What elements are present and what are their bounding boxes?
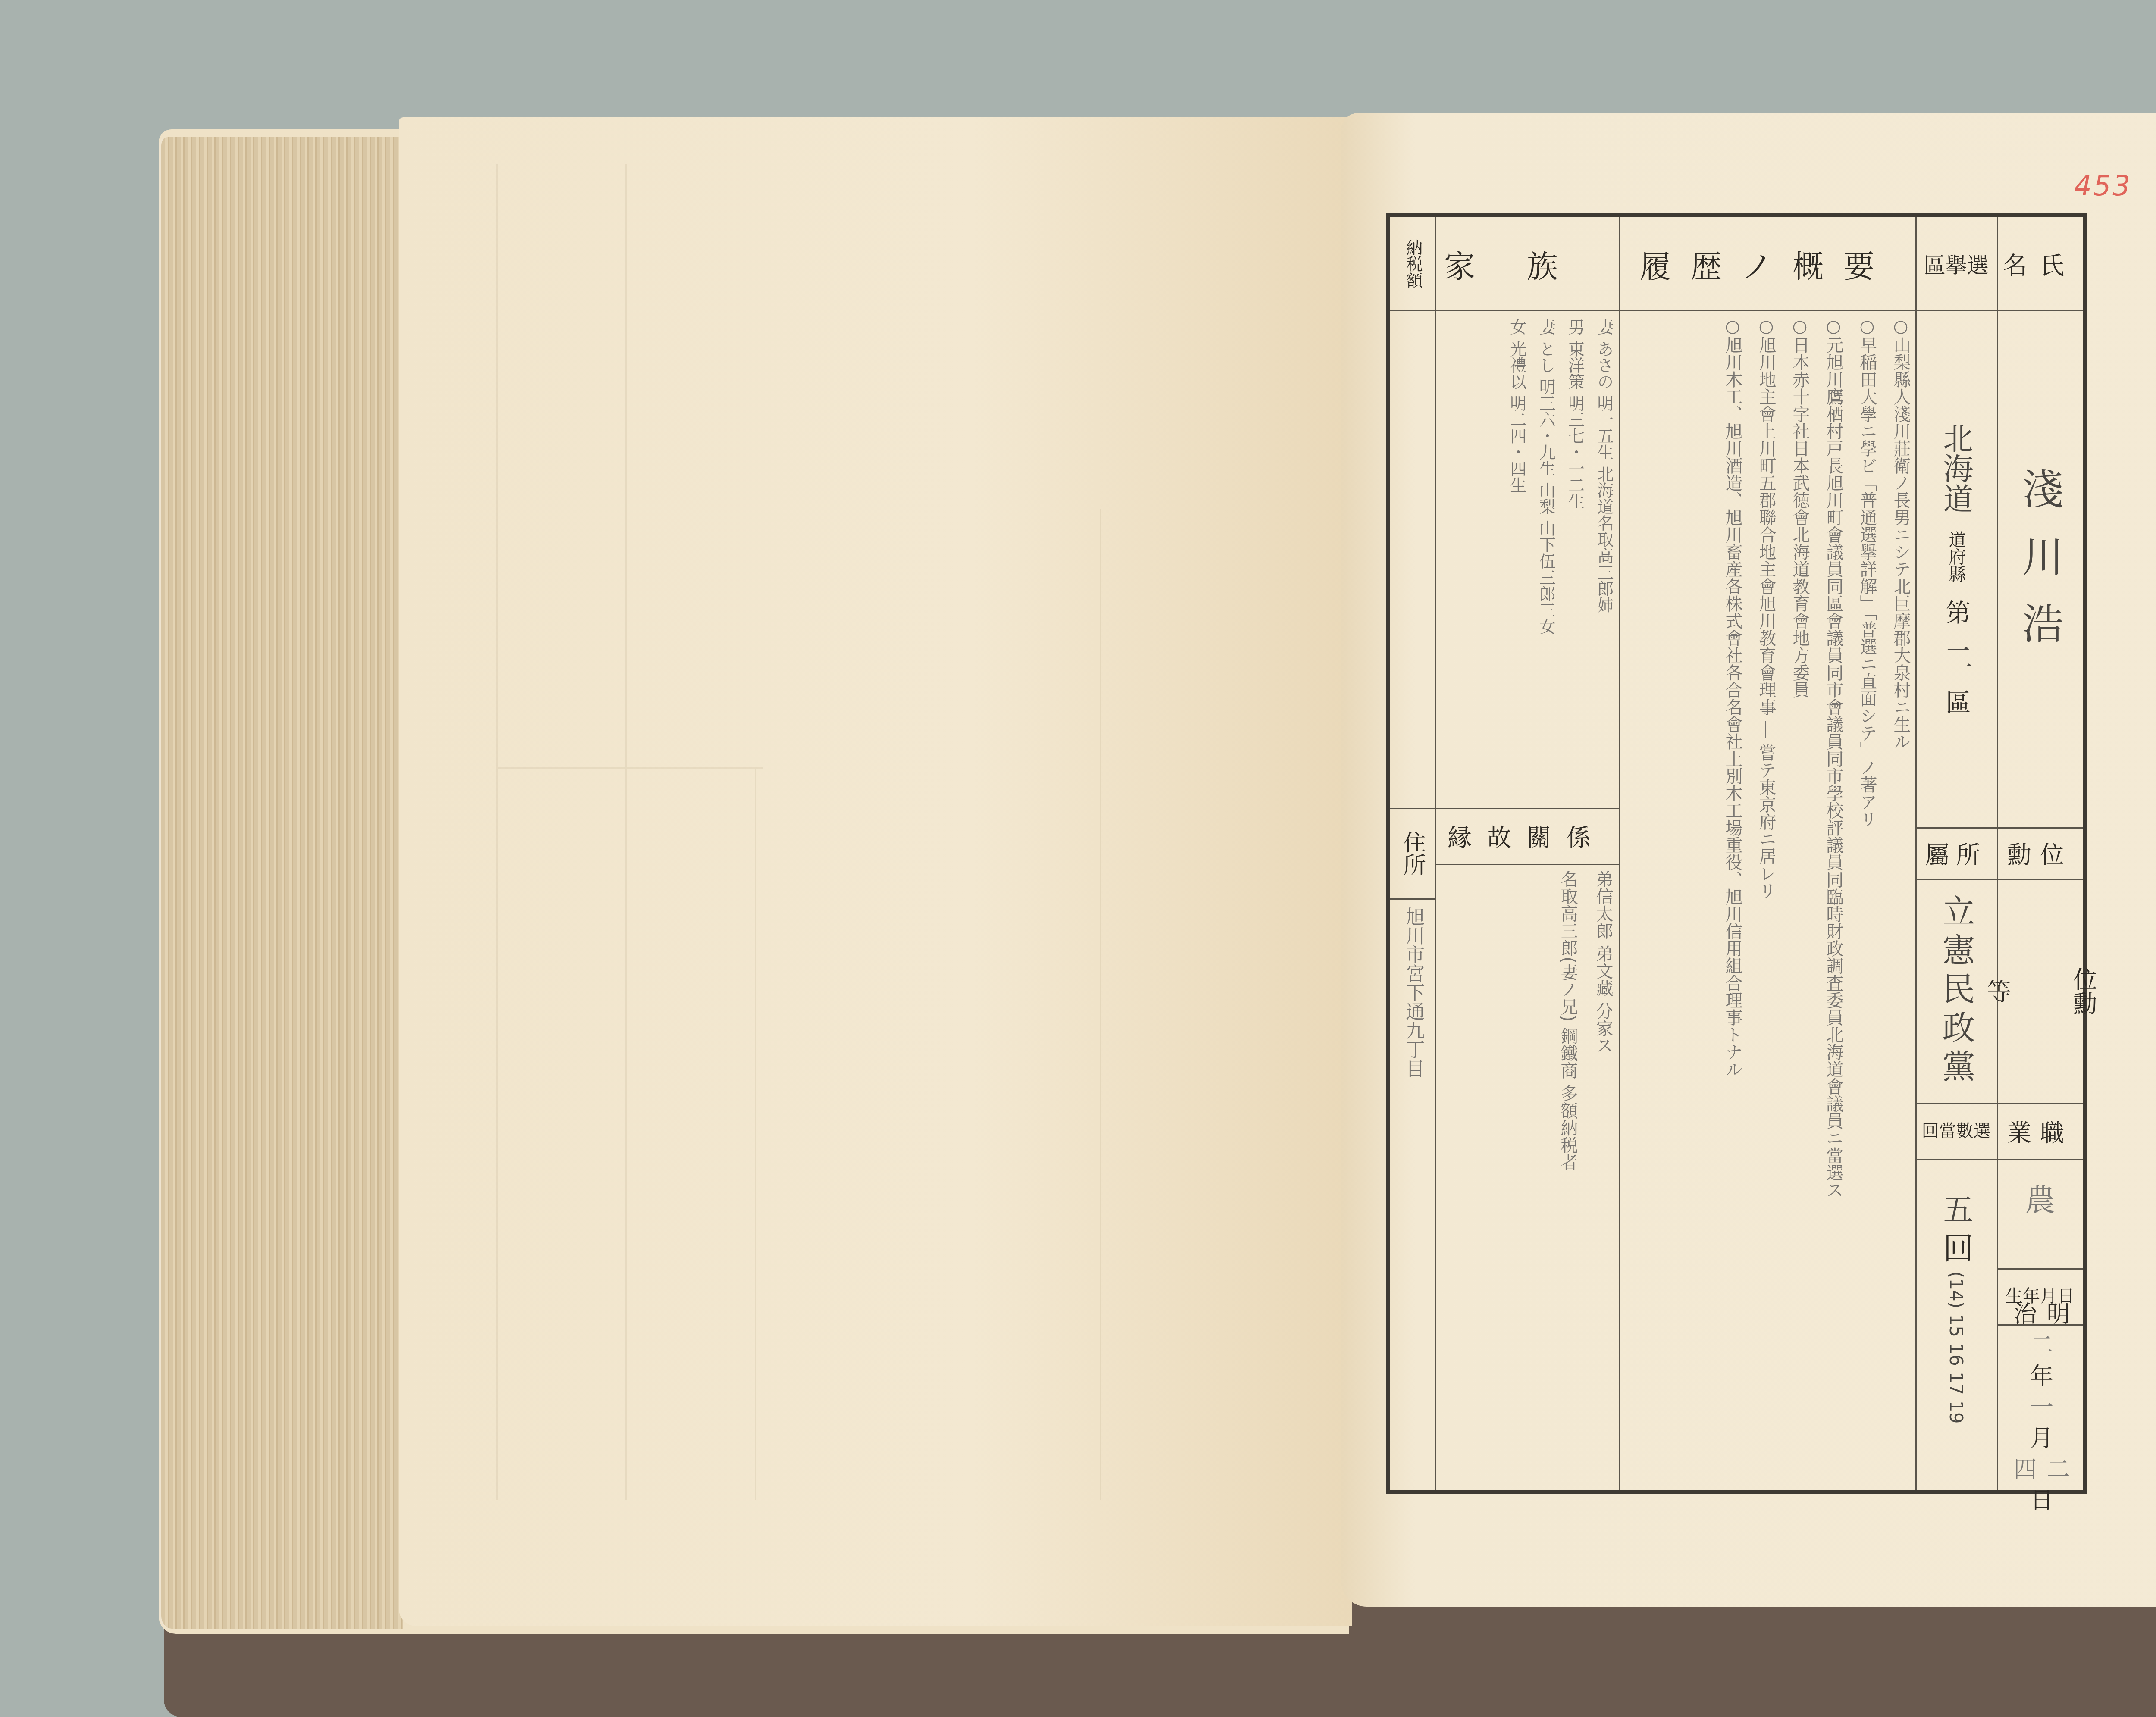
header-tax: 納税額 xyxy=(1390,217,1435,310)
family-entry: 女 光禮以 明二四・四生 xyxy=(1506,319,1527,793)
value-address: 旭川市宮下通九丁目 xyxy=(1401,907,1426,1209)
member-record-form: 名氏 淺川浩 勳位 位勳 等 業職 農 生年月日 明治 二 年 一 月 二四 日… xyxy=(1386,213,2087,1494)
value-tax xyxy=(1390,310,1435,808)
header-times-elected: 回當數選 xyxy=(1915,1103,1997,1159)
family-entries: 妻 あさの 明一五生 北海道名取高三郎姉 男 東洋策 明三七・一二生 妻 とし … xyxy=(1446,319,1614,801)
red-page-number: 453 xyxy=(2074,170,2132,202)
family-entry: 妻 あさの 明一五生 北海道名取高三郎姉 xyxy=(1593,319,1614,793)
value-birth: 明治 二 年 一 月 二四 日 xyxy=(1997,1324,2083,1488)
value-party: 立憲民政黨 xyxy=(1915,879,1997,1103)
header-occupation: 業職 xyxy=(1997,1103,2083,1159)
header-address: 住所 xyxy=(1390,808,1435,898)
header-relations: 縁故關係 xyxy=(1435,808,1619,864)
value-times-elected: 五 回 (14) 15 16 17 19 xyxy=(1915,1159,1997,1470)
career-entry: ○早稲田大學ニ學ビ「普通選擧詳解」「普選ニ直面シテ」ノ著アリ xyxy=(1856,316,1878,963)
header-career: 履歴ノ概要 xyxy=(1619,217,1915,310)
header-party: 屬所 xyxy=(1915,827,1997,879)
show-through-form-lines xyxy=(496,164,1315,1543)
career-entries: ○山梨縣人淺川莊衛ノ長男ニシテ北巨摩郡大泉村ニ生ル ○早稲田大學ニ學ビ「普通選擧… xyxy=(1623,316,1912,1480)
relation-entry: 名取高三郎(妻ノ兄) 鋼鐵商 多額納税者 xyxy=(1557,870,1579,1258)
relation-entry: 弟信太郎 弟文藏 分家ス xyxy=(1592,870,1614,1258)
rank-label: 位勳 等 xyxy=(1997,879,2083,1103)
career-entry: ○山梨縣人淺川莊衛ノ長男ニシテ北巨摩郡大泉村ニ生ル xyxy=(1890,316,1912,963)
value-occupation: 農 xyxy=(1997,1159,2083,1237)
left-page-edges xyxy=(159,137,403,1629)
value-name: 淺川浩 xyxy=(1997,310,2083,827)
header-name: 名氏 xyxy=(1997,217,2083,310)
header-family: 家族 xyxy=(1435,217,1619,310)
value-district: 北海道 道府縣 第 二 區 xyxy=(1915,310,1997,827)
career-entry: ○元旭川鷹栖村戸長旭川町會議員同區會議員同市會議員同市學校評議員同臨時財政調査委… xyxy=(1822,316,1845,1351)
family-entry: 男 東洋策 明三七・一二生 xyxy=(1564,319,1585,793)
family-entry: 妻 とし 明三六・九生 山梨 山下伍三郎三女 xyxy=(1535,319,1556,793)
header-rank: 勳位 xyxy=(1997,827,2083,879)
career-entry: ○旭川木工、旭川酒造、旭川畜産各株式會社各合名會社土別木工場重役、旭川信用組合理… xyxy=(1721,316,1744,1179)
career-entry: ○旭川地主會上川町五郡聯合地主會旭川教育會理事 ― 嘗テ東京府ニ居レリ xyxy=(1755,316,1777,1092)
career-entry: ○日本赤十字社日本武徳會北海道教育會地方委員 xyxy=(1789,316,1811,791)
header-district: 區擧選 xyxy=(1915,217,1997,310)
relations-entries: 弟信太郎 弟文藏 分家ス 名取高三郎(妻ノ兄) 鋼鐵商 多額納税者 xyxy=(1498,870,1614,1301)
